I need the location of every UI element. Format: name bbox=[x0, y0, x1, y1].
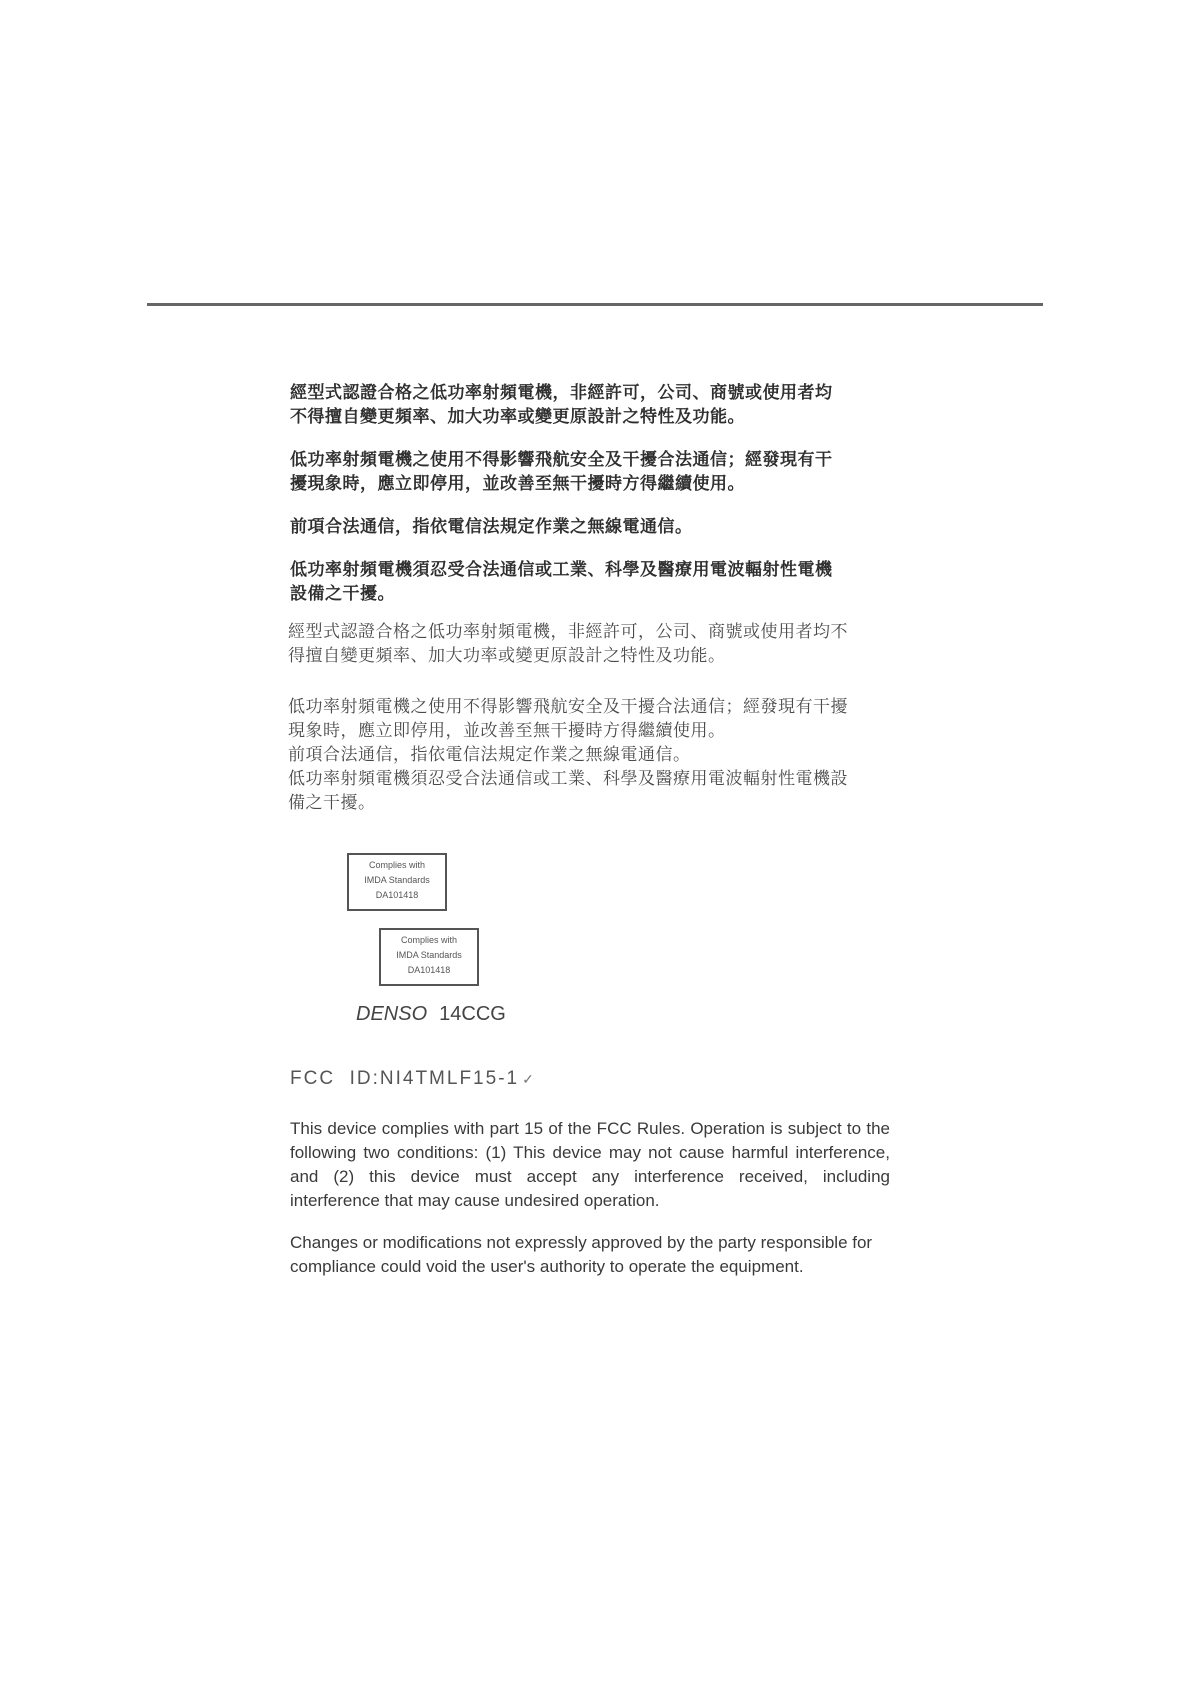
text-line: 不得擅自變更頻率、加大功率或變更原設計之特性及功能。 bbox=[290, 405, 890, 429]
text-line: 前項合法通信，指依電信法規定作業之無線電通信。 bbox=[290, 515, 890, 539]
chinese-notice-light-1: 經型式認證合格之低功率射頻電機，非經許可，公司、商號或使用者均不 得擅自變更頻率… bbox=[288, 620, 908, 668]
text-line: 低功率射頻電機之使用不得影響飛航安全及干擾合法通信；經發現有干擾 bbox=[288, 695, 908, 719]
imda-label-line: IMDA Standards bbox=[381, 948, 477, 963]
chinese-notice-bold-1: 經型式認證合格之低功率射頻電機，非經許可，公司、商號或使用者均 不得擅自變更頻率… bbox=[290, 381, 890, 429]
text-line: 前項合法通信，指依電信法規定作業之無線電通信。 bbox=[288, 743, 908, 767]
text-line: 經型式認證合格之低功率射頻電機，非經許可，公司、商號或使用者均不 bbox=[288, 620, 908, 644]
chinese-notice-bold-3: 前項合法通信，指依電信法規定作業之無線電通信。 bbox=[290, 515, 890, 539]
brand-name: DENSO bbox=[356, 1003, 427, 1025]
model-designation: DENSO14CCG bbox=[356, 1003, 506, 1026]
imda-compliance-label-1: Complies with IMDA Standards DA101418 bbox=[347, 853, 447, 911]
modification-warning: Changes or modifications not expressly a… bbox=[290, 1231, 880, 1279]
check-mark-icon: ✓ bbox=[522, 1071, 534, 1087]
text-line: 經型式認證合格之低功率射頻電機，非經許可，公司、商號或使用者均 bbox=[290, 381, 890, 405]
chinese-notice-bold-4: 低功率射頻電機須忍受合法通信或工業、科學及醫療用電波輻射性電機 設備之干擾。 bbox=[290, 558, 890, 606]
imda-label-line: DA101418 bbox=[349, 888, 445, 903]
model-code: 14CCG bbox=[439, 1003, 506, 1025]
imda-label-line: Complies with bbox=[381, 933, 477, 948]
horizontal-divider bbox=[147, 303, 1043, 306]
imda-compliance-label-2: Complies with IMDA Standards DA101418 bbox=[379, 928, 479, 986]
imda-label-line: Complies with bbox=[349, 858, 445, 873]
text-line: 現象時，應立即停用，並改善至無干擾時方得繼續使用。 bbox=[288, 719, 908, 743]
chinese-notice-bold-2: 低功率射頻電機之使用不得影響飛航安全及干擾合法通信；經發現有干 擾現象時，應立即… bbox=[290, 448, 890, 496]
fcc-id-text: FCC ID:NI4TMLF15-1 bbox=[290, 1068, 519, 1089]
text-line: 低功率射頻電機須忍受合法通信或工業、科學及醫療用電波輻射性電機 bbox=[290, 558, 890, 582]
text-line: 得擅自變更頻率、加大功率或變更原設計之特性及功能。 bbox=[288, 644, 908, 668]
text-line: 低功率射頻電機須忍受合法通信或工業、科學及醫療用電波輻射性電機設 bbox=[288, 767, 908, 791]
text-line: 備之干擾。 bbox=[288, 791, 908, 815]
text-line: 設備之干擾。 bbox=[290, 582, 890, 606]
chinese-notice-light-2: 低功率射頻電機之使用不得影響飛航安全及干擾合法通信；經發現有干擾 現象時，應立即… bbox=[288, 695, 908, 815]
fcc-compliance-statement: This device complies with part 15 of the… bbox=[290, 1117, 890, 1213]
imda-label-line: IMDA Standards bbox=[349, 873, 445, 888]
imda-label-line: DA101418 bbox=[381, 963, 477, 978]
fcc-id: FCC ID:NI4TMLF15-1✓ bbox=[290, 1068, 534, 1090]
text-line: 低功率射頻電機之使用不得影響飛航安全及干擾合法通信；經發現有干 bbox=[290, 448, 890, 472]
text-line: 擾現象時，應立即停用，並改善至無干擾時方得繼續使用。 bbox=[290, 472, 890, 496]
